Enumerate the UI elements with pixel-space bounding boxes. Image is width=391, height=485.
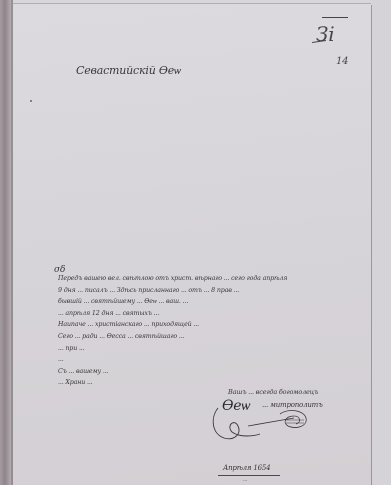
document-heading: Севастийскій Ѳеѡ: [76, 64, 181, 77]
signature-flourish: [208, 404, 318, 444]
body-line: Сего ... ради ... Ѳесса ... святѣйшаго .…: [58, 331, 366, 343]
body-line: ... при ...: [58, 343, 366, 355]
body-line: ... Храни ...: [58, 377, 366, 389]
body-line: Съ ... вашему ...: [58, 366, 366, 378]
body-line: Передъ вашею вел. свѣтлою отъ христ. вѣр…: [58, 273, 366, 285]
body-line: 9 дня ... писалъ ... Здѣсь присланнаго .…: [58, 285, 366, 297]
ink-spot: [30, 100, 32, 102]
folio-overline: [322, 17, 348, 18]
body-line: бывшій ... святѣйшему ... Ѳеѡ ... ваш. .…: [58, 296, 366, 308]
folio-page-number: 14: [336, 56, 348, 67]
manuscript-scan: Зi 14 Севастийскій Ѳеѡ σδ Передъ вашею в…: [0, 0, 391, 485]
page-top-edge: [13, 3, 371, 4]
folio-letter-mark: Зi: [316, 22, 334, 46]
endorsement-number: ...: [243, 477, 247, 483]
body-line: ... апрѣля 12 дня ... святыхъ ...: [58, 308, 366, 320]
page-right-edge: [371, 5, 372, 485]
binding-edge: [0, 0, 11, 485]
closing-formula: Вашъ ... всегда богомолецъ: [228, 388, 318, 396]
body-line: Наипаче ... христіанскаго ... приходящей…: [58, 319, 366, 331]
body-line: ...: [58, 354, 366, 366]
endorsement-underline: [218, 475, 280, 476]
outer-margin: [372, 0, 391, 485]
endorsement-date: Апрѣля 1654: [223, 464, 270, 472]
letter-body: Передъ вашею вел. свѣтлою отъ христ. вѣр…: [58, 273, 366, 389]
